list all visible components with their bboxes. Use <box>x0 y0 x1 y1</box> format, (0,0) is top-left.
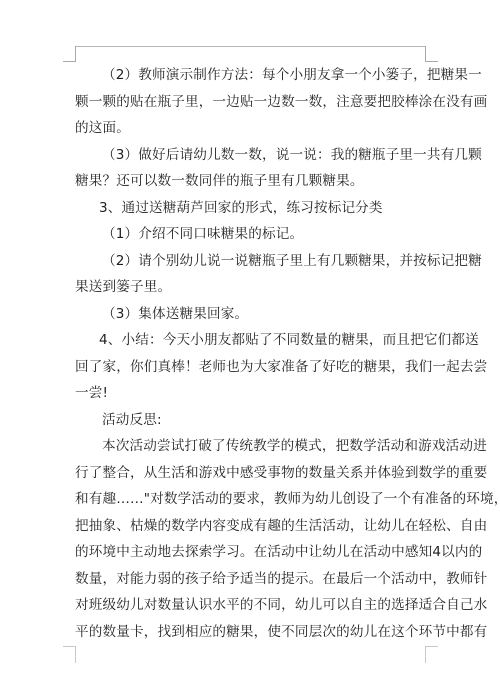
paragraph-section-3-item-1: （1）介绍不同口味糖果的标记。 <box>75 221 427 248</box>
paragraph-section-4-summary: 4、小结：今天小朋友都贴了不同数量的糖果，而且把它们都送 回了家，你们真棒！老师… <box>75 327 427 407</box>
text-line: （3）做好后请幼儿数一数，说一说：我的糖瓶子里一共有几颗 <box>75 142 427 169</box>
text-line: 把抽象、枯燥的数学内容变成有趣的生活活动，让幼儿在轻松、自由 <box>75 513 427 540</box>
bottom-right-margin-mark-tick <box>425 646 438 647</box>
top-left-margin-mark <box>75 46 76 61</box>
document-page: （2）教师演示制作方法：每个小朋友拿一个小篓子，把糖果一 颗一颗的贴在瓶子里，一… <box>0 0 500 689</box>
document-body: （2）教师演示制作方法：每个小朋友拿一个小篓子，把糖果一 颗一颗的贴在瓶子里，一… <box>75 62 427 645</box>
section-heading: 3、通过送糖葫芦回家的形式，练习按标记分类 <box>75 195 427 222</box>
section-3-heading: 3、通过送糖葫芦回家的形式，练习按标记分类 <box>75 195 427 222</box>
bottom-left-margin-mark <box>75 646 76 663</box>
section-heading: 4、小结：今天小朋友都贴了不同数量的糖果，而且把它们都送 <box>75 327 427 354</box>
paragraph-step-3-count: （3）做好后请幼儿数一数，说一说：我的糖瓶子里一共有几颗 糖果？还可以数一数同伴… <box>75 142 427 195</box>
bottom-right-margin-mark <box>425 646 426 663</box>
paragraph-section-3-item-3: （3）集体送糖果回家。 <box>75 301 427 328</box>
text-line: 本次活动尝试打破了传统教学的模式，把数学活动和游戏活动进 <box>75 433 427 460</box>
text-line: 回了家，你们真棒！老师也为大家准备了好吃的糖果，我们一起去尝 <box>75 354 427 381</box>
header-rule <box>75 46 426 47</box>
top-right-margin-mark <box>425 46 426 61</box>
text-line: 的这面。 <box>75 115 427 142</box>
paragraph-section-3-item-2: （2）请个别幼儿说一说糖瓶子里上有几颗糖果，并按标记把糖 果送到篓子里。 <box>75 248 427 301</box>
text-line: 和有趣……"对数学活动的要求，教师为幼儿创设了一个有准备的环境， <box>75 486 427 513</box>
text-line: （3）集体送糖果回家。 <box>75 301 427 328</box>
section-heading: 活动反思: <box>75 407 427 434</box>
text-line: 一尝! <box>75 380 427 407</box>
text-line: （2）请个别幼儿说一说糖瓶子里上有几颗糖果，并按标记把糖 <box>75 248 427 275</box>
text-line: 果送到篓子里。 <box>75 274 427 301</box>
text-line: 行了整合，从生活和游戏中感受事物的数量关系并体验到数学的重要 <box>75 460 427 487</box>
text-line: 糖果？还可以数一数同伴的瓶子里有几颗糖果。 <box>75 168 427 195</box>
reflection-heading: 活动反思: <box>75 407 427 434</box>
text-line: 对班级幼儿对数量认识水平的不同，幼儿可以自主的选择适合自己水 <box>75 592 427 619</box>
text-line: （2）教师演示制作方法：每个小朋友拿一个小篓子，把糖果一 <box>75 62 427 89</box>
text-line: 颗一颗的贴在瓶子里，一边贴一边数一数，注意要把胶棒涂在没有画 <box>75 89 427 116</box>
text-line: 数量，对能力弱的孩子给予适当的提示。在最后一个活动中，教师针 <box>75 566 427 593</box>
text-line: 平的数量卡，找到相应的糖果，使不同层次的幼儿在这个环节中都有 <box>75 619 427 646</box>
paragraph-reflection-body: 本次活动尝试打破了传统教学的模式，把数学活动和游戏活动进 行了整合，从生活和游戏… <box>75 433 427 645</box>
paragraph-step-2-teacher-demo: （2）教师演示制作方法：每个小朋友拿一个小篓子，把糖果一 颗一颗的贴在瓶子里，一… <box>75 62 427 142</box>
text-line: （1）介绍不同口味糖果的标记。 <box>75 221 427 248</box>
text-line: 的环境中主动地去探索学习。在活动中让幼儿在活动中感知4以内的 <box>75 539 427 566</box>
